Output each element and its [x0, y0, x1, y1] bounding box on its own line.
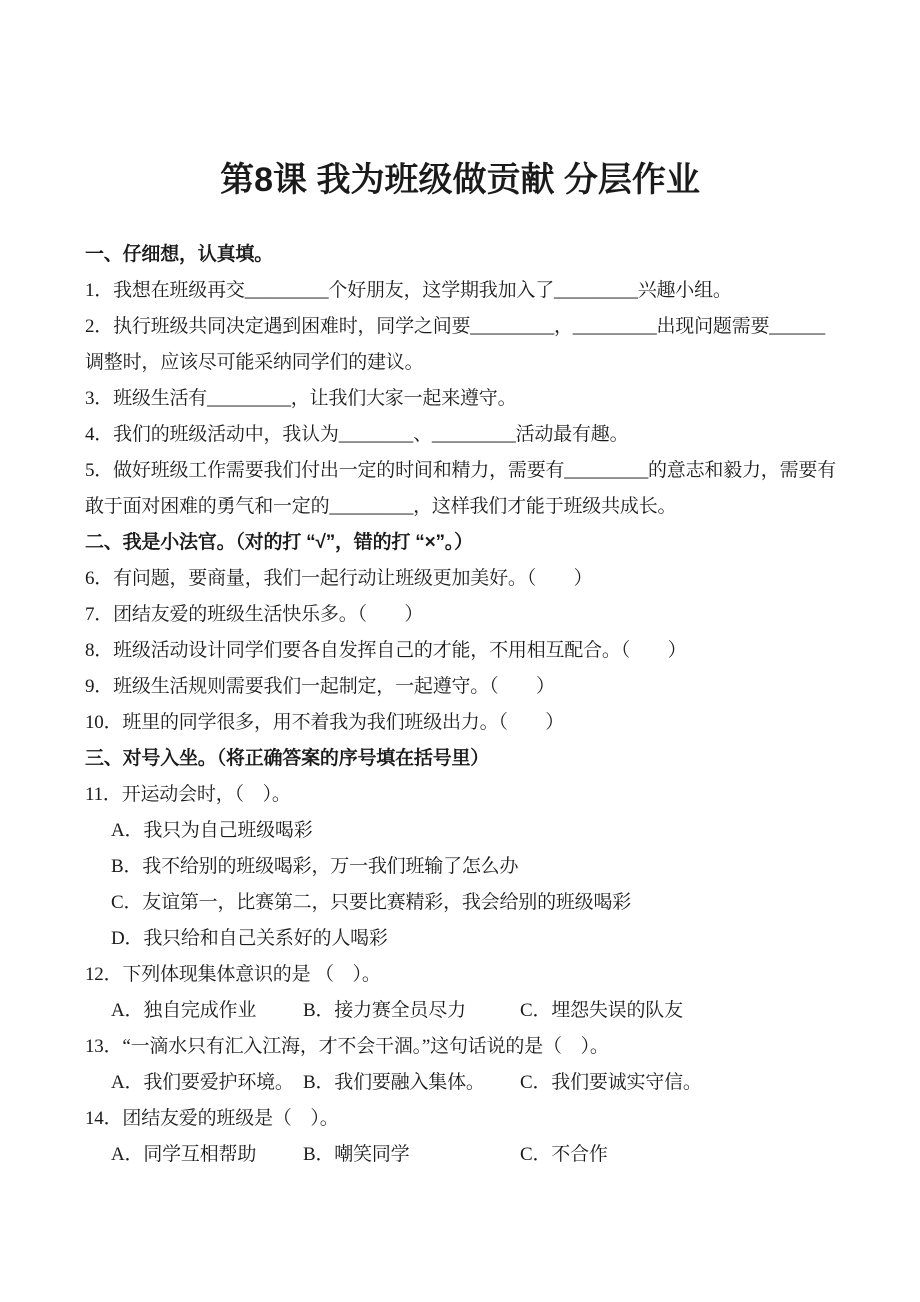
question-12-stem: 12．下列体现集体意识的是 （ ）。	[85, 957, 842, 993]
worksheet-title: 第8课 我为班级做贡献 分层作业	[0, 0, 920, 202]
question-11-option-d: D．我只给和自己关系好的人喝彩	[85, 921, 842, 957]
worksheet-page: 第8课 我为班级做贡献 分层作业 一、仔细想，认真填。 1．我想在班级再交___…	[0, 0, 920, 1302]
question-11-option-b: B．我不给别的班级喝彩，万一我们班输了怎么办	[85, 849, 842, 885]
question-12-option-b: B．接力赛全员尽力	[303, 993, 520, 1029]
question-14-option-b: B．嘲笑同学	[303, 1137, 520, 1173]
question-11-option-c: C．友谊第一，比赛第二，只要比赛精彩，我会给别的班级喝彩	[85, 885, 842, 921]
question-2-line-2: 调整时，应该尽可能采纳同学们的建议。	[85, 345, 842, 381]
question-11-stem: 11．开运动会时，（ ）。	[85, 777, 842, 813]
question-5-line-2: 敢于面对困难的勇气和一定的_________，这样我们才能于班级共成长。	[85, 489, 842, 525]
question-12-option-a: A．独自完成作业	[111, 993, 303, 1029]
question-14-option-a: A．同学互相帮助	[111, 1137, 303, 1173]
question-12-option-c: C．埋怨失误的队友	[520, 993, 683, 1029]
question-13-option-a: A．我们要爱护环境。	[111, 1065, 303, 1101]
section-3-header: 三、对号入坐。（将正确答案的序号填在括号里）	[85, 741, 842, 777]
question-8: 8．班级活动设计同学们要各自发挥自己的才能，不用相互配合。（ ）	[85, 633, 842, 669]
question-14-stem: 14．团结友爱的班级是（ ）。	[85, 1101, 842, 1137]
question-10: 10．班里的同学很多，用不着我为我们班级出力。（ ）	[85, 705, 842, 741]
section-2-header: 二、我是小法官。（对的打 “√”，错的打 “×”。）	[85, 525, 842, 561]
question-7: 7．团结友爱的班级生活快乐多。（ ）	[85, 597, 842, 633]
question-12-options: A．独自完成作业 B．接力赛全员尽力 C．埋怨失误的队友	[85, 993, 842, 1029]
question-13-option-c: C．我们要诚实守信。	[520, 1065, 702, 1101]
worksheet-body: 一、仔细想，认真填。 1．我想在班级再交_________个好朋友，这学期我加入…	[85, 237, 842, 1173]
question-13-stem: 13．“一滴水只有汇入江海，才不会干涸。”这句话说的是（ ）。	[85, 1029, 842, 1065]
question-3: 3．班级生活有_________，让我们大家一起来遵守。	[85, 381, 842, 417]
question-13-options: A．我们要爱护环境。 B．我们要融入集体。 C．我们要诚实守信。	[85, 1065, 842, 1101]
question-13-option-b: B．我们要融入集体。	[303, 1065, 520, 1101]
question-5-line-1: 5．做好班级工作需要我们付出一定的时间和精力，需要有_________的意志和毅…	[85, 453, 842, 489]
question-14-option-c: C．不合作	[520, 1137, 608, 1173]
question-14-options: A．同学互相帮助 B．嘲笑同学 C．不合作	[85, 1137, 842, 1173]
question-4: 4．我们的班级活动中，我认为________、_________活动最有趣。	[85, 417, 842, 453]
question-9: 9．班级生活规则需要我们一起制定，一起遵守。（ ）	[85, 669, 842, 705]
question-11-option-a: A．我只为自己班级喝彩	[85, 813, 842, 849]
question-6: 6．有问题，要商量，我们一起行动让班级更加美好。（ ）	[85, 561, 842, 597]
question-1: 1．我想在班级再交_________个好朋友，这学期我加入了_________兴…	[85, 273, 842, 309]
question-2-line-1: 2．执行班级共同决定遇到困难时，同学之间要_________，_________…	[85, 309, 842, 345]
section-1-header: 一、仔细想，认真填。	[85, 237, 842, 273]
